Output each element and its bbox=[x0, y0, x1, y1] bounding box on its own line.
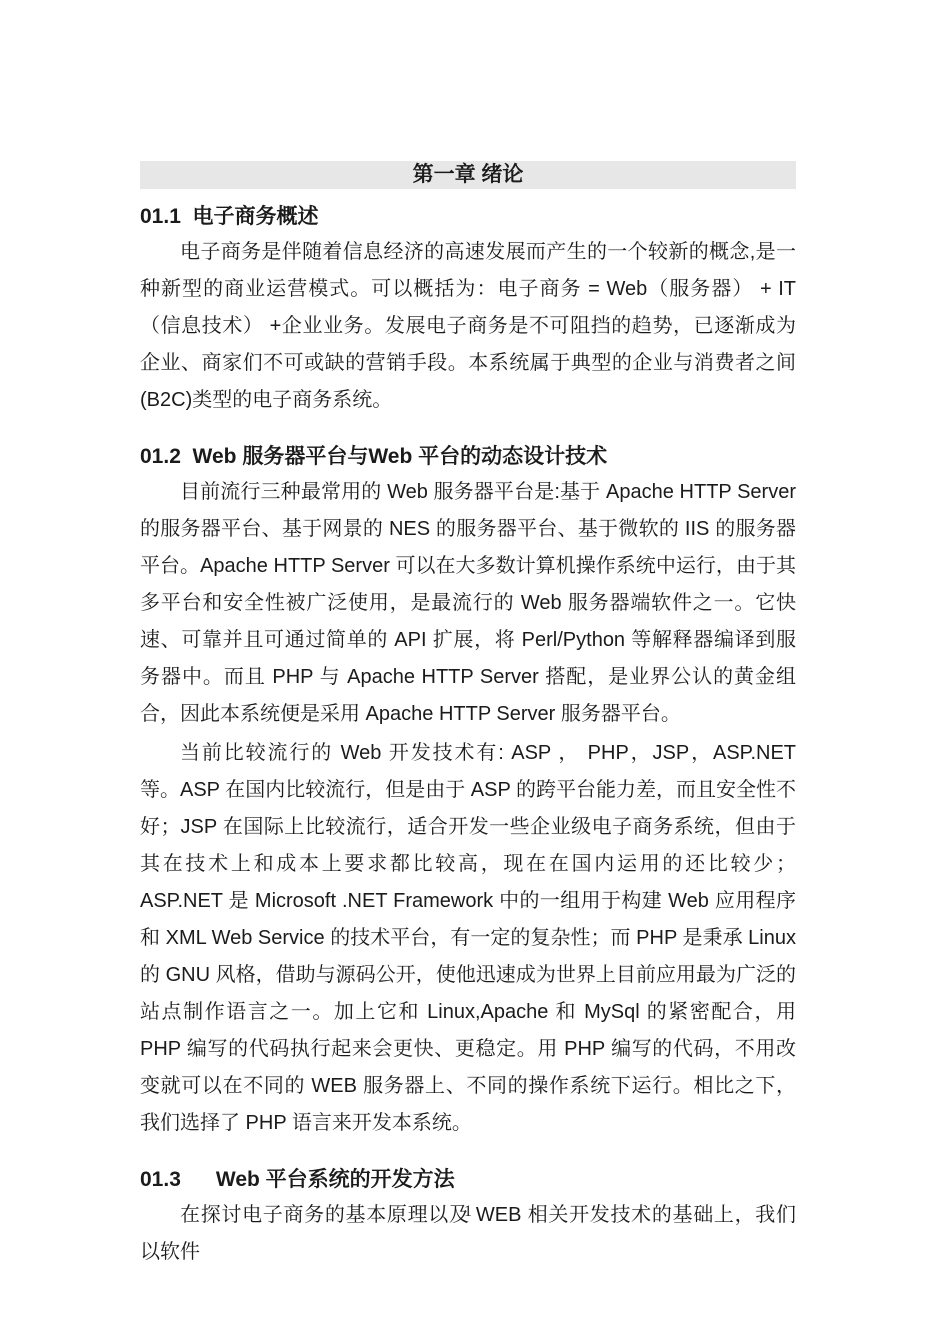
chapter-title-bar: 第一章 绪论 bbox=[140, 161, 796, 189]
chapter-title: 第一章 绪论 bbox=[413, 163, 524, 186]
paragraph-web-server-platforms: 目前流行三种最常用的 Web 服务器平台是:基于 Apache HTTP Ser… bbox=[140, 474, 796, 733]
page-number: 1 bbox=[140, 1200, 796, 1224]
paragraph-web-dev-technologies: 当前比较流行的 Web 开发技术有: ASP ， PHP，JSP，ASP.NET… bbox=[140, 735, 796, 1142]
section-heading-01-3: 01.3 Web 平台系统的开发方法 bbox=[140, 1167, 796, 1193]
document-content: 第一章 绪论 01.1 电子商务概述 电子商务是伴随着信息经济的高速发展而产生的… bbox=[140, 161, 796, 1271]
section-heading-01-2: 01.2 Web 服务器平台与Web 平台的动态设计技术 bbox=[140, 444, 796, 470]
paragraph-ecommerce-overview: 电子商务是伴随着信息经济的高速发展而产生的一个较新的概念,是一种新型的商业运营模… bbox=[140, 234, 796, 419]
document-page: 第一章 绪论 01.1 电子商务概述 电子商务是伴随着信息经济的高速发展而产生的… bbox=[0, 0, 950, 1320]
section-heading-01-1: 01.1 电子商务概述 bbox=[140, 204, 796, 230]
